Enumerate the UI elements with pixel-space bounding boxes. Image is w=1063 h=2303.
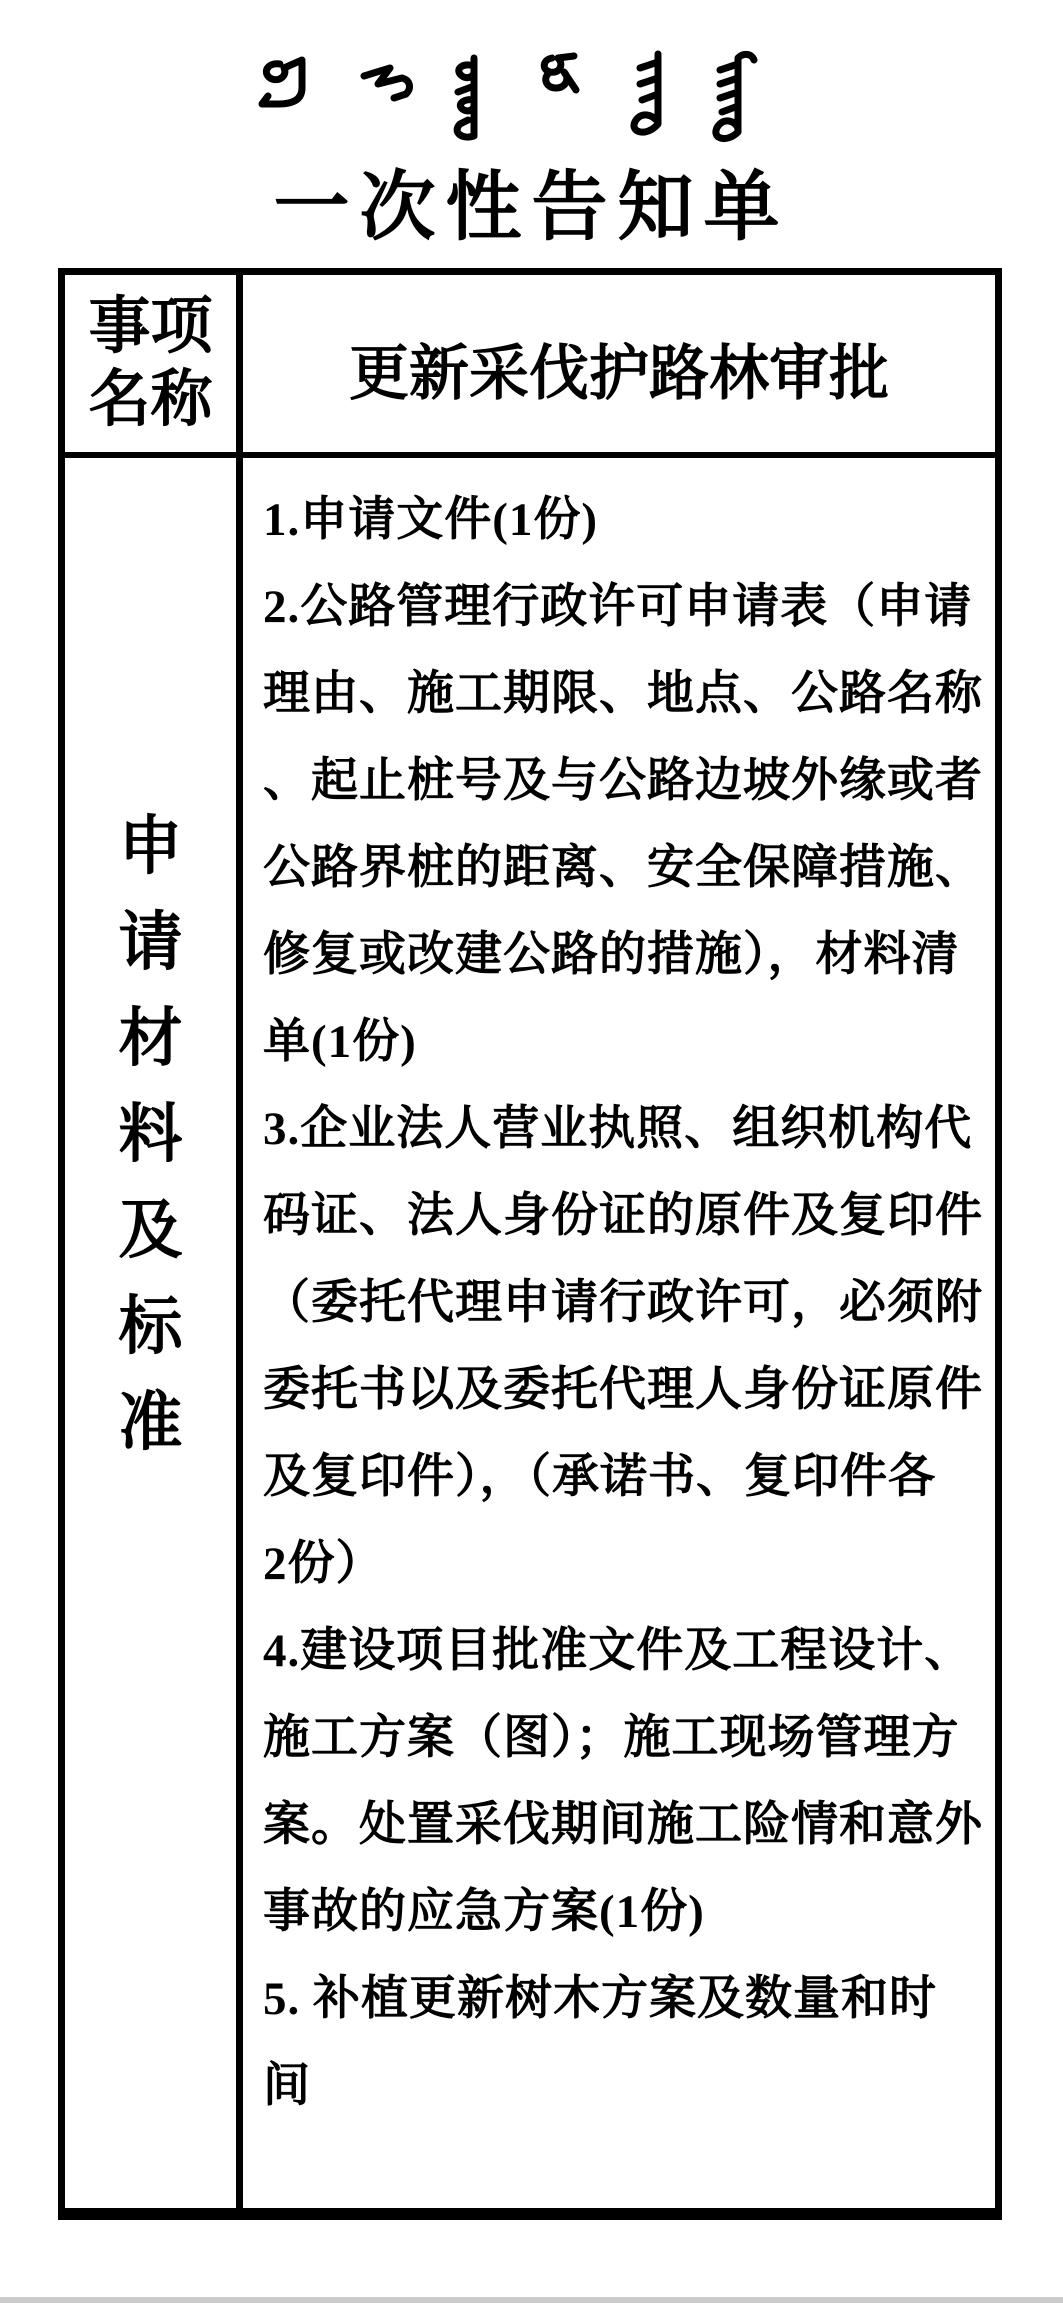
materials-label-cell: 申请材料及标准 <box>65 458 243 2208</box>
materials-label-char: 料 <box>119 1087 183 1183</box>
item-name-value: 更新采伐护路林审批 <box>349 326 889 412</box>
mongolian-word-1 <box>262 60 302 104</box>
materials-item-line: 5. 补植更新树木方案及数量和时 <box>263 1956 987 2043</box>
notice-table: 事项名称 更新采伐护路林审批 申请材料及标准 1.申请文件(1份)2.公路管理行… <box>58 268 1002 2220</box>
page-title: 一次性告知单 <box>0 158 1063 258</box>
materials-item-line: 、起止桩号及与公路边坡外缘或者 <box>263 738 987 825</box>
materials-item: 5. 补植更新树木方案及数量和时间 <box>263 1956 987 2130</box>
materials-item: 3.企业法人营业执照、组织机构代码证、法人身份证的原件及复印件（委托代理申请行政… <box>263 1086 987 1608</box>
materials-label-char: 申 <box>119 799 183 895</box>
materials-list: 1.申请文件(1份)2.公路管理行政许可申请表（申请理由、施工期限、地点、公路名… <box>243 458 995 2208</box>
materials-label-char: 标 <box>119 1279 183 1375</box>
item-name-label-line: 名称 <box>88 364 212 437</box>
materials-item: 4.建设项目批准文件及工程设计、施工方案（图）；施工现场管理方案。处置采伐期间施… <box>263 1608 987 1956</box>
materials-item-line: 及复印件），（承诺书、复印件各 <box>263 1434 987 1521</box>
materials-label-char: 材 <box>119 991 183 1087</box>
materials-item-line: 1.申请文件(1份) <box>263 477 987 564</box>
materials-item-line: 案。处置采伐期间施工险情和意外 <box>263 1782 987 1869</box>
materials-item-line: 公路界桩的距离、安全保障措施、 <box>263 825 987 912</box>
mongolian-word-6 <box>716 54 754 138</box>
page-bottom-edge <box>0 2297 1063 2303</box>
materials-item: 2.公路管理行政许可申请表（申请理由、施工期限、地点、公路名称、起止桩号及与公路… <box>263 564 987 1086</box>
mongolian-word-4 <box>544 56 576 90</box>
materials-item-line: 修复或改建公路的措施），材料清 <box>263 912 987 999</box>
materials-item-line: 2.公路管理行政许可申请表（申请 <box>263 564 987 651</box>
materials-label-char: 请 <box>119 895 183 991</box>
materials-label-char: 及 <box>119 1183 183 1279</box>
materials-item-line: 理由、施工期限、地点、公路名称 <box>263 651 987 738</box>
mongolian-word-5 <box>634 54 658 132</box>
item-name-label-line: 事项 <box>88 291 212 364</box>
mongolian-word-2 <box>364 68 409 98</box>
mongolian-word-3 <box>457 58 474 137</box>
materials-item-line: 4.建设项目批准文件及工程设计、 <box>263 1608 987 1695</box>
materials-item-line: 间 <box>263 2043 987 2130</box>
item-name-label-cell: 事项名称 <box>65 275 243 458</box>
materials-item-line: 施工方案（图）；施工现场管理方 <box>263 1695 987 1782</box>
materials-label-char: 准 <box>119 1375 183 1471</box>
notice-page: 一次性告知单 事项名称 更新采伐护路林审批 申请材料及标准 1.申请文件(1份)… <box>0 0 1063 2303</box>
materials-item-line: （委托代理申请行政许可，必须附 <box>263 1260 987 1347</box>
item-name-value-cell: 更新采伐护路林审批 <box>243 275 995 458</box>
materials-item: 1.申请文件(1份) <box>263 477 987 564</box>
materials-item-line: 码证、法人身份证的原件及复印件 <box>263 1173 987 1260</box>
materials-item-line: 事故的应急方案(1份) <box>263 1869 987 1956</box>
materials-item-line: 单(1份) <box>263 999 987 1086</box>
materials-item-line: 委托书以及委托代理人身份证原件 <box>263 1347 987 1434</box>
materials-item-line: 3.企业法人营业执照、组织机构代 <box>263 1086 987 1173</box>
materials-item-line: 2份） <box>263 1521 987 1608</box>
mongolian-script-title <box>250 44 770 160</box>
